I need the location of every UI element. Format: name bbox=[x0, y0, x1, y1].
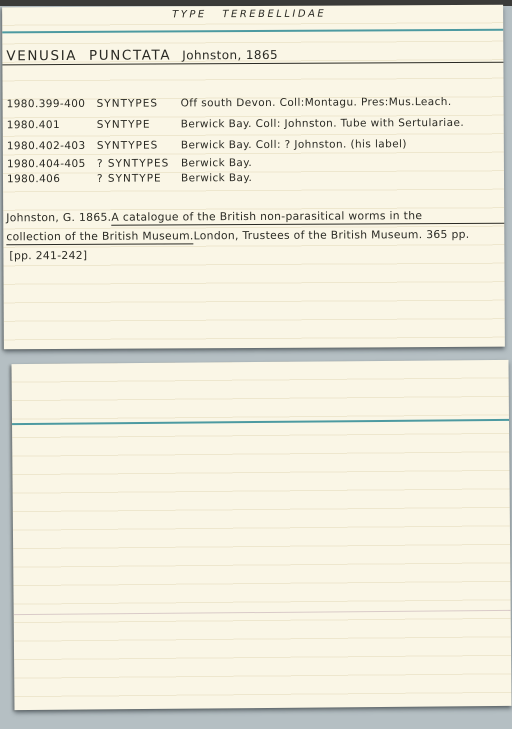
registration-number: 1980.399-400 bbox=[7, 98, 97, 110]
citation-title-part2: collection of the British Museum. bbox=[6, 229, 193, 245]
record-details: Berwick Bay. Coll: ? Johnston. (his labe… bbox=[181, 138, 500, 152]
type-status: ? SYNTYPES bbox=[97, 157, 181, 169]
registration-number: 1980.401 bbox=[7, 119, 97, 131]
species-authority: Johnston, 1865 bbox=[182, 48, 278, 63]
specimen-record-row: 1980.402-403 SYNTYPES Berwick Bay. Coll:… bbox=[7, 138, 500, 153]
card-header-rule bbox=[12, 419, 509, 425]
catalog-card-blank bbox=[11, 360, 511, 710]
registration-number: 1980.402-403 bbox=[7, 140, 97, 152]
citation-pages: [pp. 241-242] bbox=[9, 249, 87, 262]
record-details: Berwick Bay. bbox=[181, 171, 500, 185]
card-header-rule bbox=[2, 29, 503, 34]
citation-publisher: London, Trustees of the British Museum. … bbox=[194, 228, 470, 242]
citation-line-2: collection of the British Museum. London… bbox=[6, 228, 504, 246]
species-name: VENUSIA PUNCTATA bbox=[6, 47, 171, 64]
citation-author-year: Johnston, G. 1865. bbox=[6, 211, 111, 225]
card-middle-rule bbox=[14, 610, 511, 615]
type-status: SYNTYPES bbox=[97, 97, 181, 109]
photo-background: TYPE TEREBELLIDAE VENUSIA PUNCTATA Johns… bbox=[0, 0, 512, 729]
registration-number: 1980.404-405 bbox=[7, 158, 97, 170]
record-details: Off south Devon. Coll:Montagu. Pres:Mus.… bbox=[181, 96, 500, 110]
citation-line-1: Johnston, G. 1865. A catalogue of the Br… bbox=[6, 209, 504, 227]
card-header-label: TYPE TEREBELLIDAE bbox=[172, 9, 326, 21]
specimen-record-row: 1980.399-400 SYNTYPES Off south Devon. C… bbox=[7, 96, 500, 111]
record-details: Berwick Bay. bbox=[181, 156, 500, 170]
type-status: SYNTYPE bbox=[97, 118, 181, 130]
type-status: SYNTYPES bbox=[97, 139, 181, 151]
record-details: Berwick Bay. Coll: Johnston. Tube with S… bbox=[181, 117, 500, 131]
type-status: ? SYNTYPE bbox=[97, 172, 181, 184]
citation-title-part1: A catalogue of the British non-parasitic… bbox=[111, 209, 504, 226]
registration-number: 1980.406 bbox=[7, 173, 97, 185]
specimen-record-row: 1980.404-405 ? SYNTYPES Berwick Bay. bbox=[7, 156, 500, 171]
specimen-record-row: 1980.406 ? SYNTYPE Berwick Bay. bbox=[7, 171, 500, 186]
citation-pages-note: [pp. 241-242] bbox=[9, 247, 504, 263]
specimen-record-row: 1980.401 SYNTYPE Berwick Bay. Coll: John… bbox=[7, 117, 500, 132]
catalog-card-front: TYPE TEREBELLIDAE VENUSIA PUNCTATA Johns… bbox=[2, 5, 505, 350]
species-title: VENUSIA PUNCTATA Johnston, 1865 bbox=[6, 44, 278, 64]
